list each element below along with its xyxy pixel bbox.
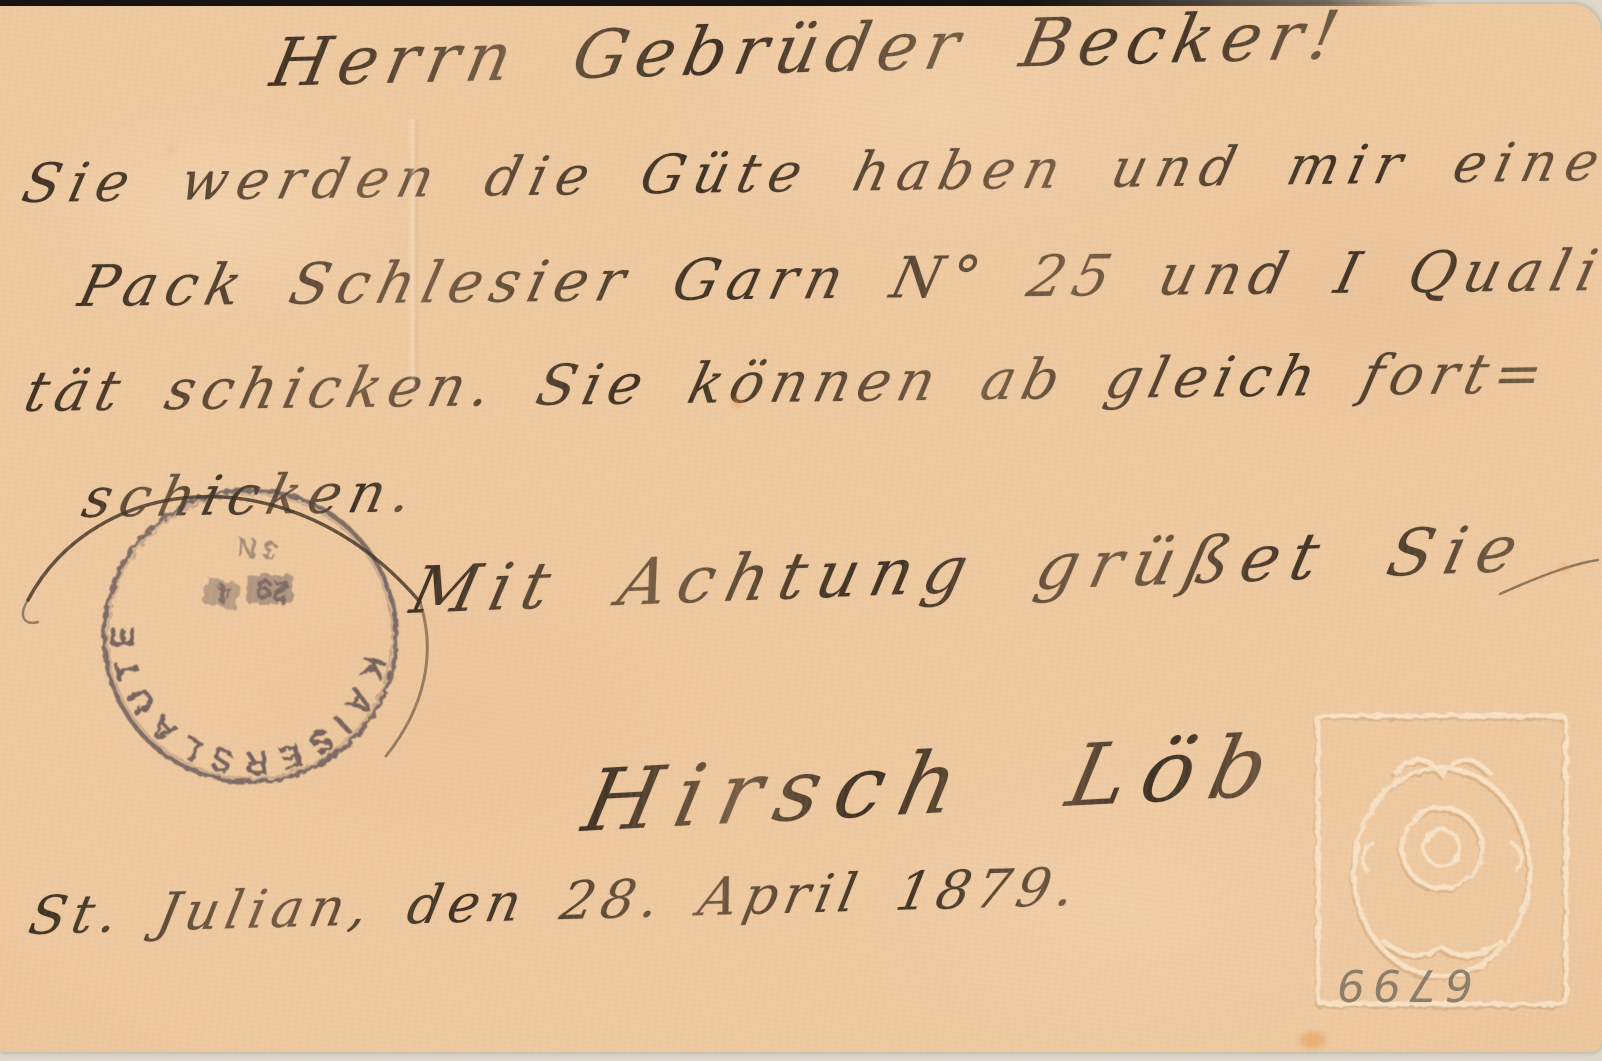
handwriting-body-line-3: tät schicken. Sie können ab gleich fort= <box>18 341 1556 425</box>
postmark-stamp: KAISERSLAUTERN 29 4 3 N <box>85 466 415 806</box>
handwriting-salutation: Herrn Gebrüder Becker! <box>264 4 1353 102</box>
svg-text:KAISERSLAUTERN: KAISERSLAUTERN <box>85 613 415 806</box>
scan-edge-strip <box>0 0 1438 6</box>
postmark-place-text: KAISERSLAUTERN <box>85 613 415 806</box>
pencil-inventory-number: 6799 <box>1293 948 1473 1010</box>
postcard-scan: Herrn Gebrüder Becker! Sie werden die Gü… <box>0 4 1602 1052</box>
postmark-day: 29 <box>254 571 291 608</box>
flourish-tail-icon <box>23 600 38 623</box>
paper-stain <box>1560 564 1569 572</box>
handwriting-body-line-2: Pack Schlesier Garn N° 25 und I Quali= <box>72 238 1602 320</box>
paper-stain <box>1300 1032 1326 1048</box>
handwriting-closing: Mit Achtung grüßet Sie <box>403 512 1535 629</box>
handwriting-dateline: St. Julian, den 28. April 1879. <box>24 857 1086 947</box>
handwriting-body-line-1: Sie werden die Güte haben und mir einen <box>17 129 1602 215</box>
postmark-time: 3 N <box>235 532 279 567</box>
handwriting-signature: Hirsch Löb <box>574 716 1292 852</box>
